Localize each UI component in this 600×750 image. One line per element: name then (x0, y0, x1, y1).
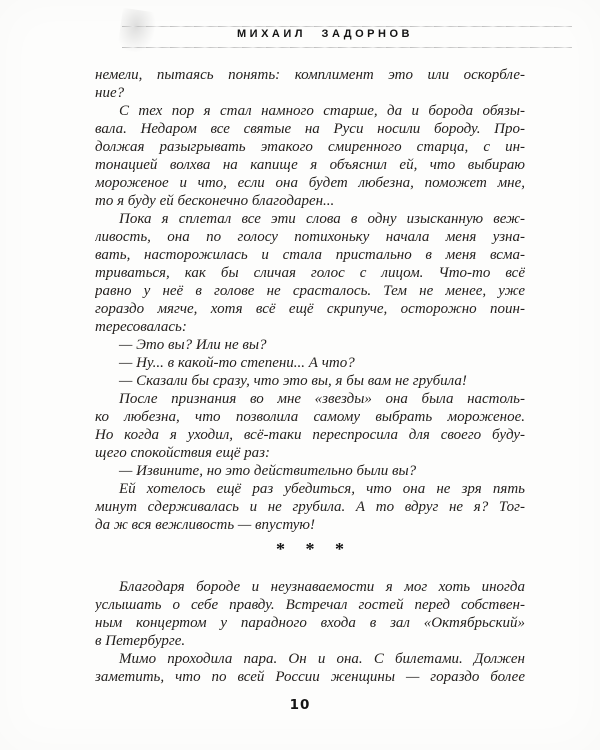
text-line: ко любезна, что позволила самому выбрать… (95, 408, 525, 426)
text-line: С тех пор я стал намного старше, да и бо… (95, 102, 525, 120)
text-line: Мимо проходила пара. Он и она. С билетам… (95, 650, 525, 668)
text-line: ливость, она по голосу потихоньку начала… (95, 228, 525, 246)
text-line: ным концертом у парадного входа в зал «О… (95, 614, 525, 632)
text-line: в Петербурге. (95, 632, 525, 650)
author-name: МИХАИЛ ЗАДОРНОВ (105, 28, 545, 40)
text-line: мороженое и что, если она будет любезна,… (95, 174, 525, 192)
text-line: — Это вы? Или не вы? (95, 336, 525, 354)
text-line: равно у неё в голове не срасталось. Тем … (95, 282, 525, 300)
text-line: Благодаря бороде и неузнаваемости я мог … (95, 578, 525, 596)
text-line: тересовалась: (95, 318, 525, 336)
page-footer: 10 (0, 696, 600, 714)
text-line: гораздо мягче, хотя всё ещё скрипуче, ос… (95, 300, 525, 318)
text-line: Но когда я уходил, всё-таки переспросила… (95, 426, 525, 444)
text-line: вать, насторожилась и стала пристально в… (95, 246, 525, 264)
text-line: Ей хотелось ещё раз убедиться, что она н… (95, 480, 525, 498)
text-line: Пока я сплетал все эти слова в одну изыс… (95, 210, 525, 228)
header-rule-top (122, 26, 572, 27)
text-line: После признания во мне «звезды» она была… (95, 390, 525, 408)
text-line: немели, пытаясь понять: комплимент это и… (95, 66, 525, 84)
text-line: вала. Недаром все святые на Руси носили … (95, 120, 525, 138)
text-line: услышать о себе правду. Встречал гостей … (95, 596, 525, 614)
book-page: МИХАИЛ ЗАДОРНОВ немели, пытаясь понять: … (0, 0, 600, 750)
text-line: должая разыгрывать этакого смиренного ст… (95, 138, 525, 156)
text-line: — Ну... в какой-то степени... А что? (95, 354, 525, 372)
text-line: заметить, что по всей России женщины — г… (95, 668, 525, 686)
text-line: минут сдерживалась и не грубила. А то вд… (95, 498, 525, 516)
text-line: ние? (95, 84, 525, 102)
text-line: триваться, как бы сличая голос с лицом. … (95, 264, 525, 282)
text-line: — Извините, но это действительно были вы… (95, 462, 525, 480)
section-separator: * * * (95, 534, 525, 578)
text-line: щего спокойствия ещё раз: (95, 444, 525, 462)
text-line: то я буду ей бесконечно благодарен... (95, 192, 525, 210)
text-line: тонацией волхва на капище я объяснил ей,… (95, 156, 525, 174)
text-line: — Сказали бы сразу, что это вы, я бы вам… (95, 372, 525, 390)
text-line: да ж вся вежливость — впустую! (95, 516, 525, 534)
header-rule-bottom (122, 47, 572, 48)
text-column: немели, пытаясь понять: комплимент это и… (95, 66, 525, 686)
page-number: 10 (290, 697, 311, 713)
